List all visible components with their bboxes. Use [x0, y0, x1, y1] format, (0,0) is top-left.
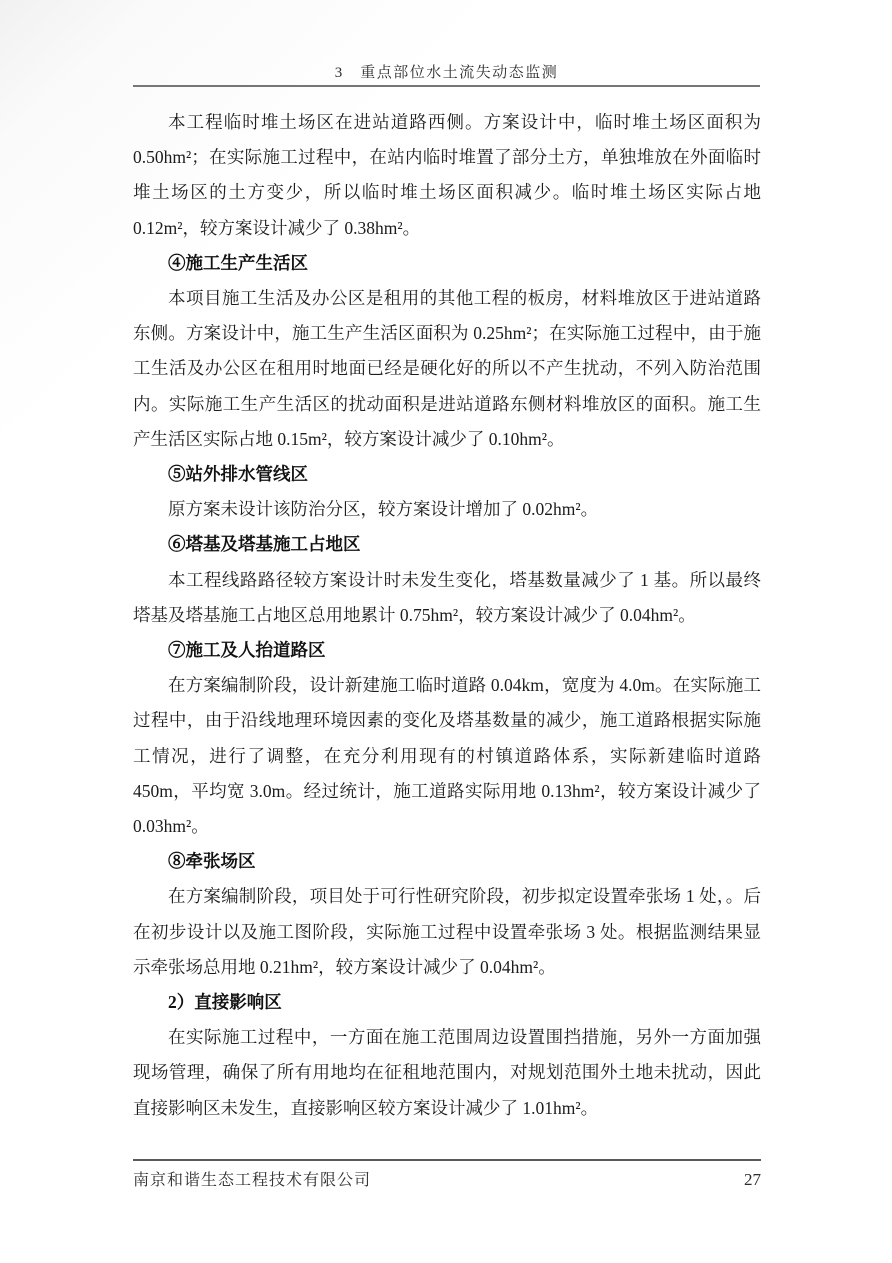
page-footer: 南京和谐生态工程技术有限公司 27 [133, 1167, 761, 1190]
section-heading: ⑧牵张场区 [133, 844, 761, 879]
paragraph: 在实际施工过程中，一方面在施工范围周边设置围挡措施，另外一方面加强现场管理，确保… [133, 1020, 761, 1126]
footer-company-name: 南京和谐生态工程技术有限公司 [133, 1167, 371, 1190]
document-body: 本工程临时堆土场区在进站道路西侧。方案设计中，临时堆土场区面积为 0.50hm²… [133, 105, 761, 1126]
paragraph: 原方案未设计该防治分区，较方案设计增加了 0.02hm²。 [133, 492, 761, 527]
section-heading: ⑦施工及人抬道路区 [133, 633, 761, 668]
paragraph: 本工程线路路径较方案设计时未发生变化，塔基数量减少了 1 基。所以最终塔基及塔基… [133, 563, 761, 633]
document-page: 3 重点部位水土流失动态监测 本工程临时堆土场区在进站道路西侧。方案设计中，临时… [0, 0, 892, 1263]
paragraph: 本项目施工生活及办公区是租用的其他工程的板房，材料堆放区于进站道路东侧。方案设计… [133, 281, 761, 457]
section-heading: ⑤站外排水管线区 [133, 457, 761, 492]
paragraph: 在方案编制阶段，设计新建施工临时道路 0.04km，宽度为 4.0m。在实际施工… [133, 668, 761, 844]
section-heading: 2）直接影响区 [133, 985, 761, 1020]
paragraph: 在方案编制阶段，项目处于可行性研究阶段，初步拟定设置牵张场 1 处，。后在初步设… [133, 879, 761, 985]
header-divider [133, 85, 760, 87]
page-number: 27 [744, 1170, 761, 1190]
page-header-title: 3 重点部位水土流失动态监测 [133, 61, 760, 82]
section-heading: ④施工生产生活区 [133, 246, 761, 281]
paragraph: 本工程临时堆土场区在进站道路西侧。方案设计中，临时堆土场区面积为 0.50hm²… [133, 105, 761, 246]
section-heading: ⑥塔基及塔基施工占地区 [133, 527, 761, 562]
footer-divider [133, 1159, 761, 1161]
